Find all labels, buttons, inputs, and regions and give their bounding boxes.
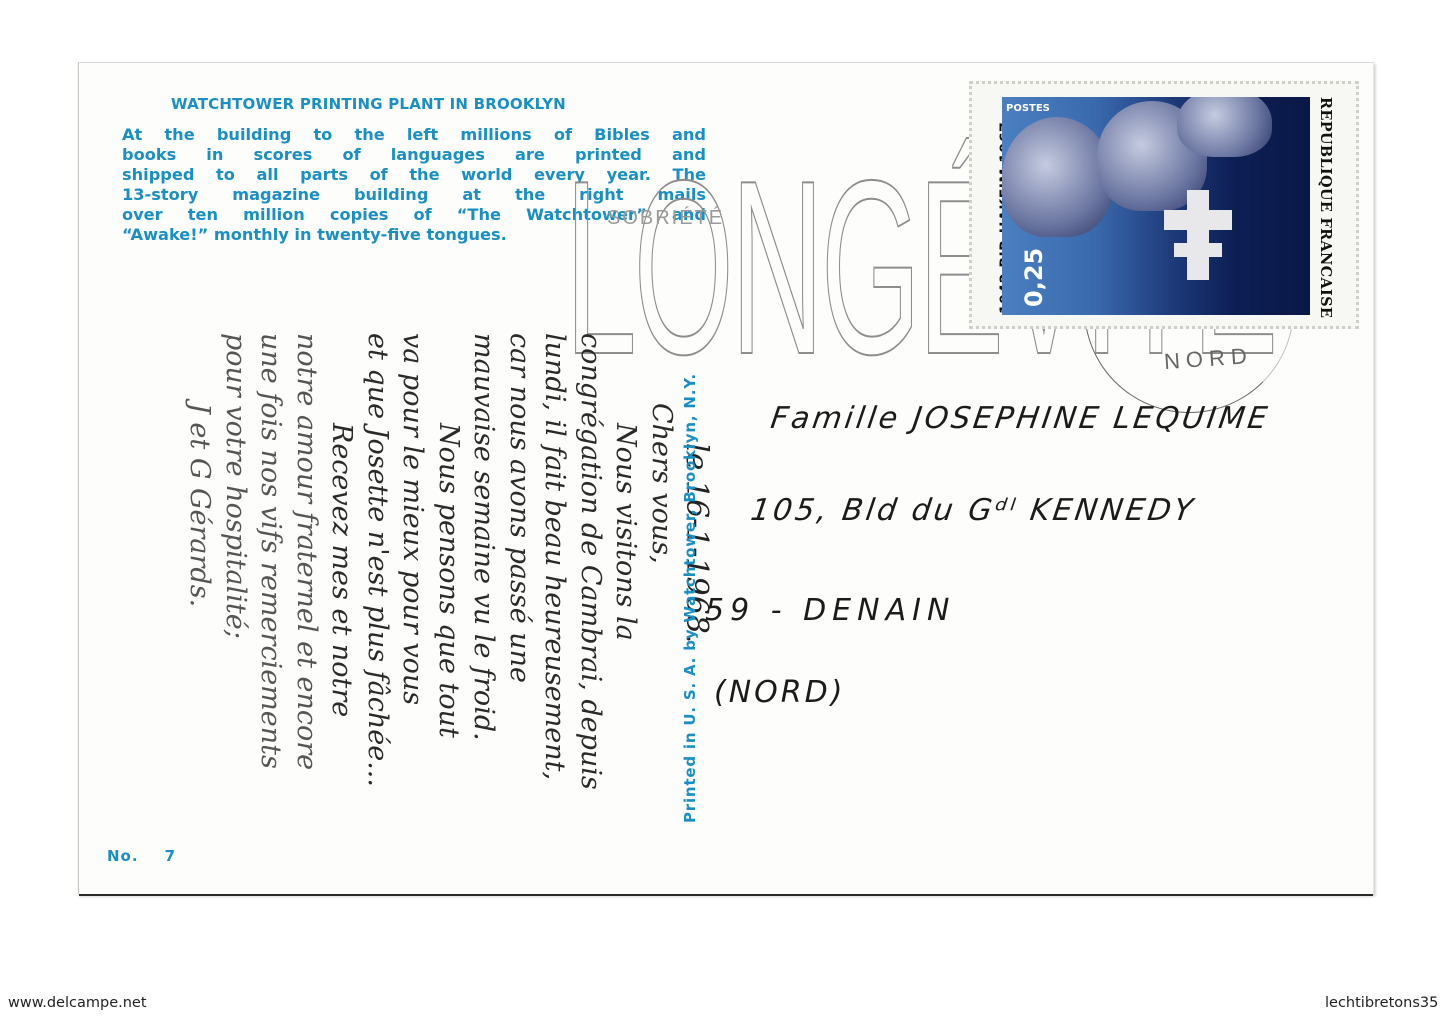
card-number-label: No. bbox=[107, 847, 139, 865]
caption-line: “Awake!” monthly in twenty-five tongues. bbox=[122, 225, 706, 245]
address-line-street: 105, Bld du Gᵈˡ KENNEDY bbox=[749, 493, 1198, 528]
message-line: car nous avons passé une bbox=[502, 333, 538, 853]
message-line: Nous visitons la bbox=[608, 333, 644, 853]
message-line: va pour le mieux pour vous bbox=[395, 333, 431, 853]
message-line: pour votre hospitalité; bbox=[218, 333, 254, 853]
card-number: No.7 bbox=[107, 847, 176, 865]
stamp-value: 0,25 bbox=[1020, 248, 1048, 307]
stamp-image: POSTES 0,25 bbox=[1002, 97, 1310, 315]
watermark-seller: lechtibretons35 bbox=[1325, 995, 1438, 1011]
caption-line: At the building to the left millions of … bbox=[122, 125, 706, 145]
caption-line: shipped to all parts of the world every … bbox=[122, 165, 706, 185]
message-line: Chers vous, bbox=[644, 333, 680, 853]
handwritten-message: Chers vous, Nous visitons la congrégatio… bbox=[182, 333, 679, 853]
address-line-city: 59 - DENAIN bbox=[705, 593, 955, 628]
card-number-value: 7 bbox=[165, 847, 176, 865]
message-line: Nous pensons que tout bbox=[431, 333, 467, 853]
message-line: et que Josette n'est plus fâchée... bbox=[360, 333, 396, 853]
message-line: notre amour fraternel et encore bbox=[289, 333, 325, 853]
lorraine-cross-icon bbox=[1187, 190, 1209, 280]
lorraine-cross-bar bbox=[1174, 243, 1222, 257]
caption-body: At the building to the left millions of … bbox=[122, 125, 706, 245]
printer-imprint: Printed in U. S. A. by Watchtower, Brook… bbox=[681, 373, 699, 823]
message-line: lundi, il fait beau heureusement, bbox=[537, 333, 573, 853]
message-line: mauvaise semaine vu le froid. bbox=[466, 333, 502, 853]
stamp-country: REPUBLIQUE FRANCAISE bbox=[1317, 97, 1334, 315]
postage-stamp: 1942 BIR-HAKEIM 1967 POSTES 0,25 REPUBLI… bbox=[969, 81, 1359, 329]
caption-title: WATCHTOWER PRINTING PLANT IN BROOKLYN bbox=[171, 95, 711, 113]
lorraine-cross-bar bbox=[1164, 210, 1232, 230]
watermark-delcampe: www.delcampe.net bbox=[8, 995, 147, 1011]
address-line-name: Famille JOSEPHINE LEQUIME bbox=[769, 401, 1273, 436]
caption-line: 13-story magazine building at the right … bbox=[122, 185, 706, 205]
soldier-helmet-icon bbox=[1002, 117, 1112, 237]
message-line: une fois nos vifs remerciements bbox=[253, 333, 289, 853]
message-line: congrégation de Cambrai, depuis bbox=[573, 333, 609, 853]
stamp-postes-label: POSTES bbox=[1006, 103, 1050, 114]
address-line-region: (NORD) bbox=[714, 675, 845, 710]
message-signature: J et G Gérards. bbox=[182, 333, 218, 853]
caption-line: over ten million copies of “The Watchtow… bbox=[122, 205, 706, 225]
message-line: Recevez mes et notre bbox=[324, 333, 360, 853]
caption-line: books in scores of languages are printed… bbox=[122, 145, 706, 165]
soldier-helmet-icon bbox=[1177, 97, 1272, 157]
postcard-back: WATCHTOWER PRINTING PLANT IN BROOKLYN At… bbox=[78, 62, 1374, 894]
